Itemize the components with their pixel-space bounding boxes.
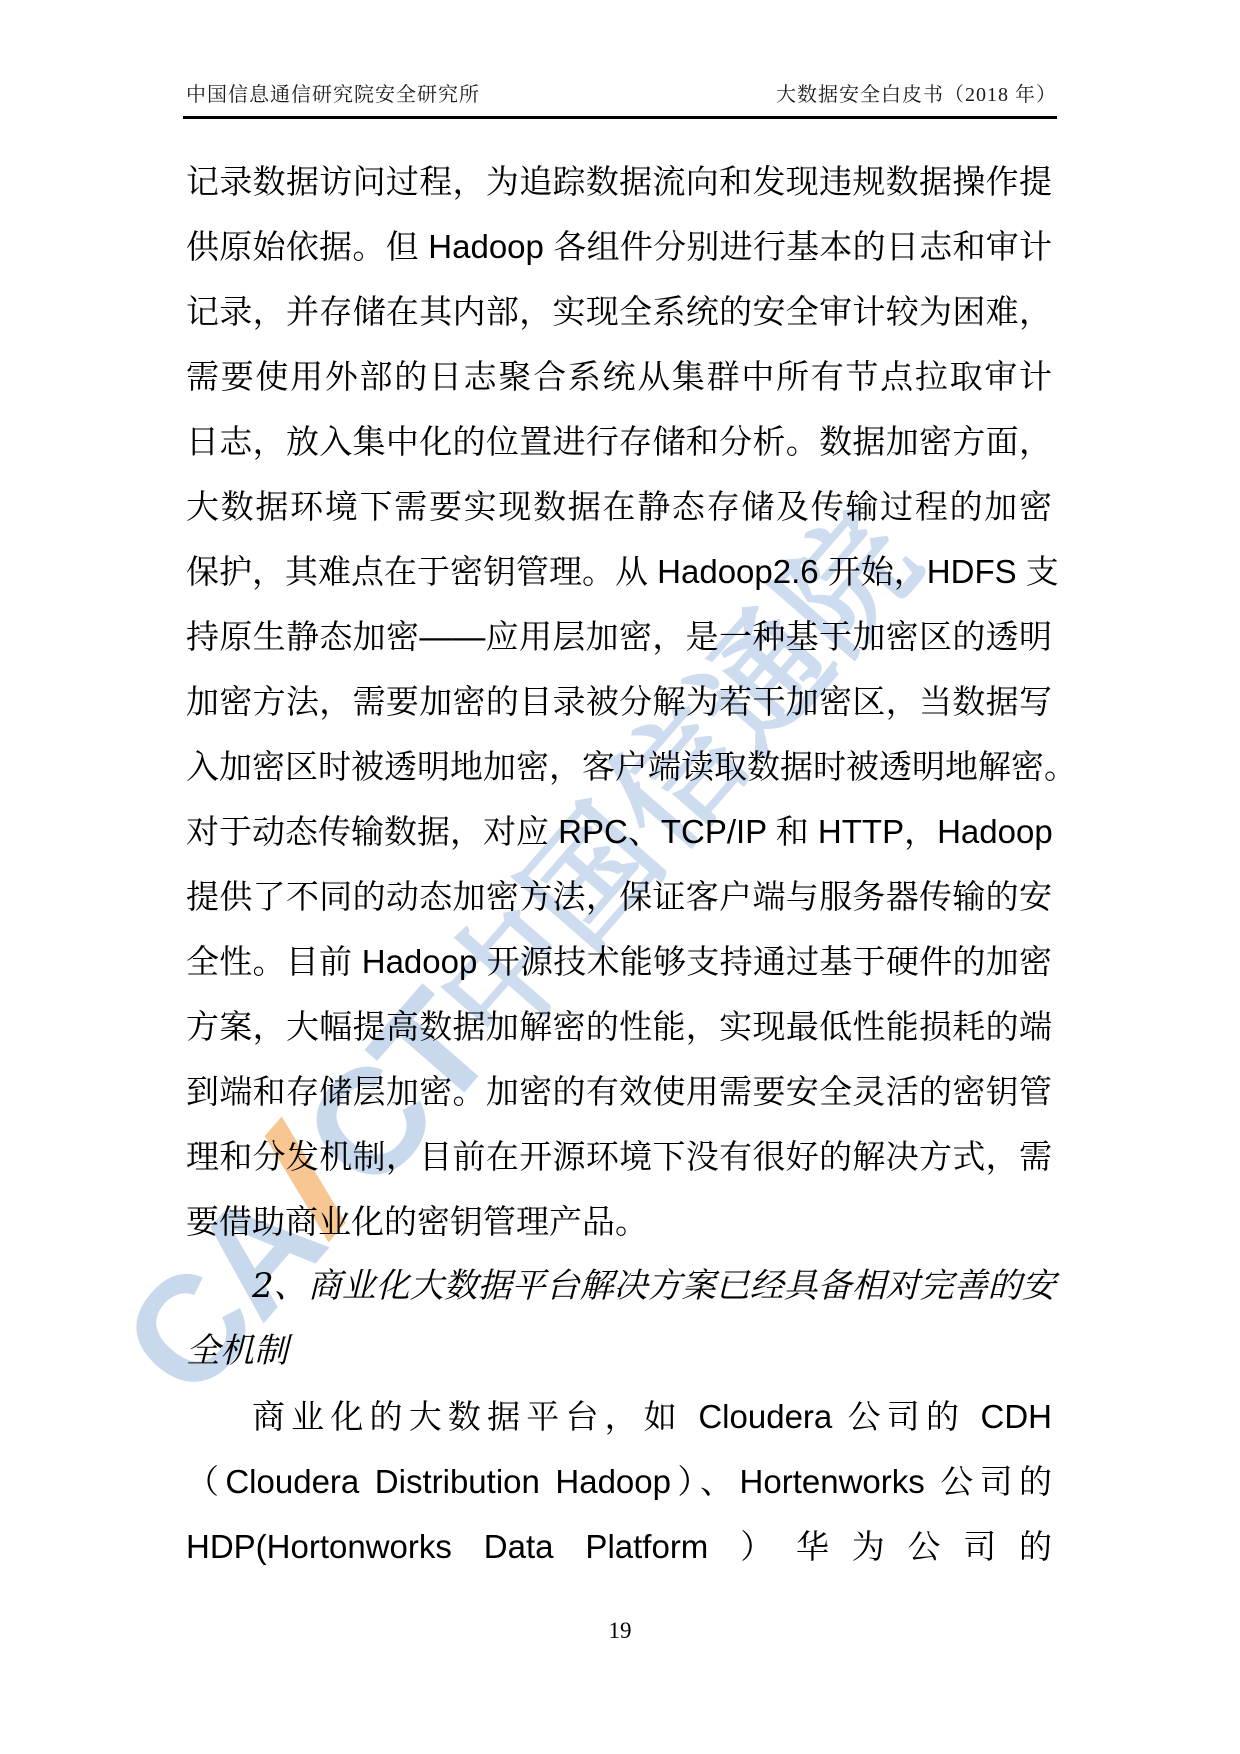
header-divider [183,116,1057,119]
body-line: 持原生静态加密——应用层加密，是一种基于加密区的透明 [186,604,1052,669]
page-body: 记录数据访问过程，为追踪数据流向和发现违规数据操作提 供原始依据。但 Hadoo… [186,149,1052,1579]
page-footer: 19 [0,1618,1240,1644]
body-line: 对于动态传输数据，对应 RPC、TCP/IP 和 HTTP，Hadoop [186,799,1052,864]
body-line: 入加密区时被透明地加密，客户端读取数据时被透明地解密。 [186,734,1052,799]
page-number: 19 [609,1618,632,1643]
body-line: 到端和存储层加密。加密的有效使用需要安全灵活的密钥管 [186,1059,1052,1124]
header-org-title: 中国信息通信研究院安全研究所 [186,78,480,107]
header-doc-title: 大数据安全白皮书（2018 年） [776,78,1057,107]
section-heading-line: 全机制 [186,1319,1052,1384]
section-heading-line: 2、商业化大数据平台解决方案已经具备相对完善的安 [186,1254,1052,1319]
body-line: 需要使用外部的日志聚合系统从集群中所有节点拉取审计 [186,344,1052,409]
body-line: HDP(Hortonworks Data Platform ）华为公司的 [186,1514,1052,1579]
body-line: 记录，并存储在其内部，实现全系统的安全审计较为困难， [186,279,1052,344]
body-line: 日志，放入集中化的位置进行存储和分析。数据加密方面， [186,409,1052,474]
body-line: 理和分发机制，目前在开源环境下没有很好的解决方式，需 [186,1124,1052,1189]
body-line: （Cloudera Distribution Hadoop）、Hortenwor… [186,1449,1052,1514]
body-line: 大数据环境下需要实现数据在静态存储及传输过程的加密 [186,474,1052,539]
body-line: 商业化的大数据平台，如 Cloudera 公司的 CDH [186,1384,1052,1449]
body-line: 记录数据访问过程，为追踪数据流向和发现违规数据操作提 [186,149,1052,214]
body-line: 提供了不同的动态加密方法，保证客户端与服务器传输的安 [186,864,1052,929]
body-line: 全性。目前 Hadoop 开源技术能够支持通过基于硬件的加密 [186,929,1052,994]
body-line: 加密方法，需要加密的目录被分解为若干加密区，当数据写 [186,669,1052,734]
body-line: 供原始依据。但 Hadoop 各组件分别进行基本的日志和审计 [186,214,1052,279]
body-line: 方案，大幅提高数据加解密的性能，实现最低性能损耗的端 [186,994,1052,1059]
document-page: 中国信息通信研究院安全研究所 大数据安全白皮书（2018 年） CACT中国信通… [0,0,1240,1754]
body-line: 要借助商业化的密钥管理产品。 [186,1189,1052,1254]
body-line: 保护，其难点在于密钥管理。从 Hadoop2.6 开始，HDFS 支 [186,539,1052,604]
